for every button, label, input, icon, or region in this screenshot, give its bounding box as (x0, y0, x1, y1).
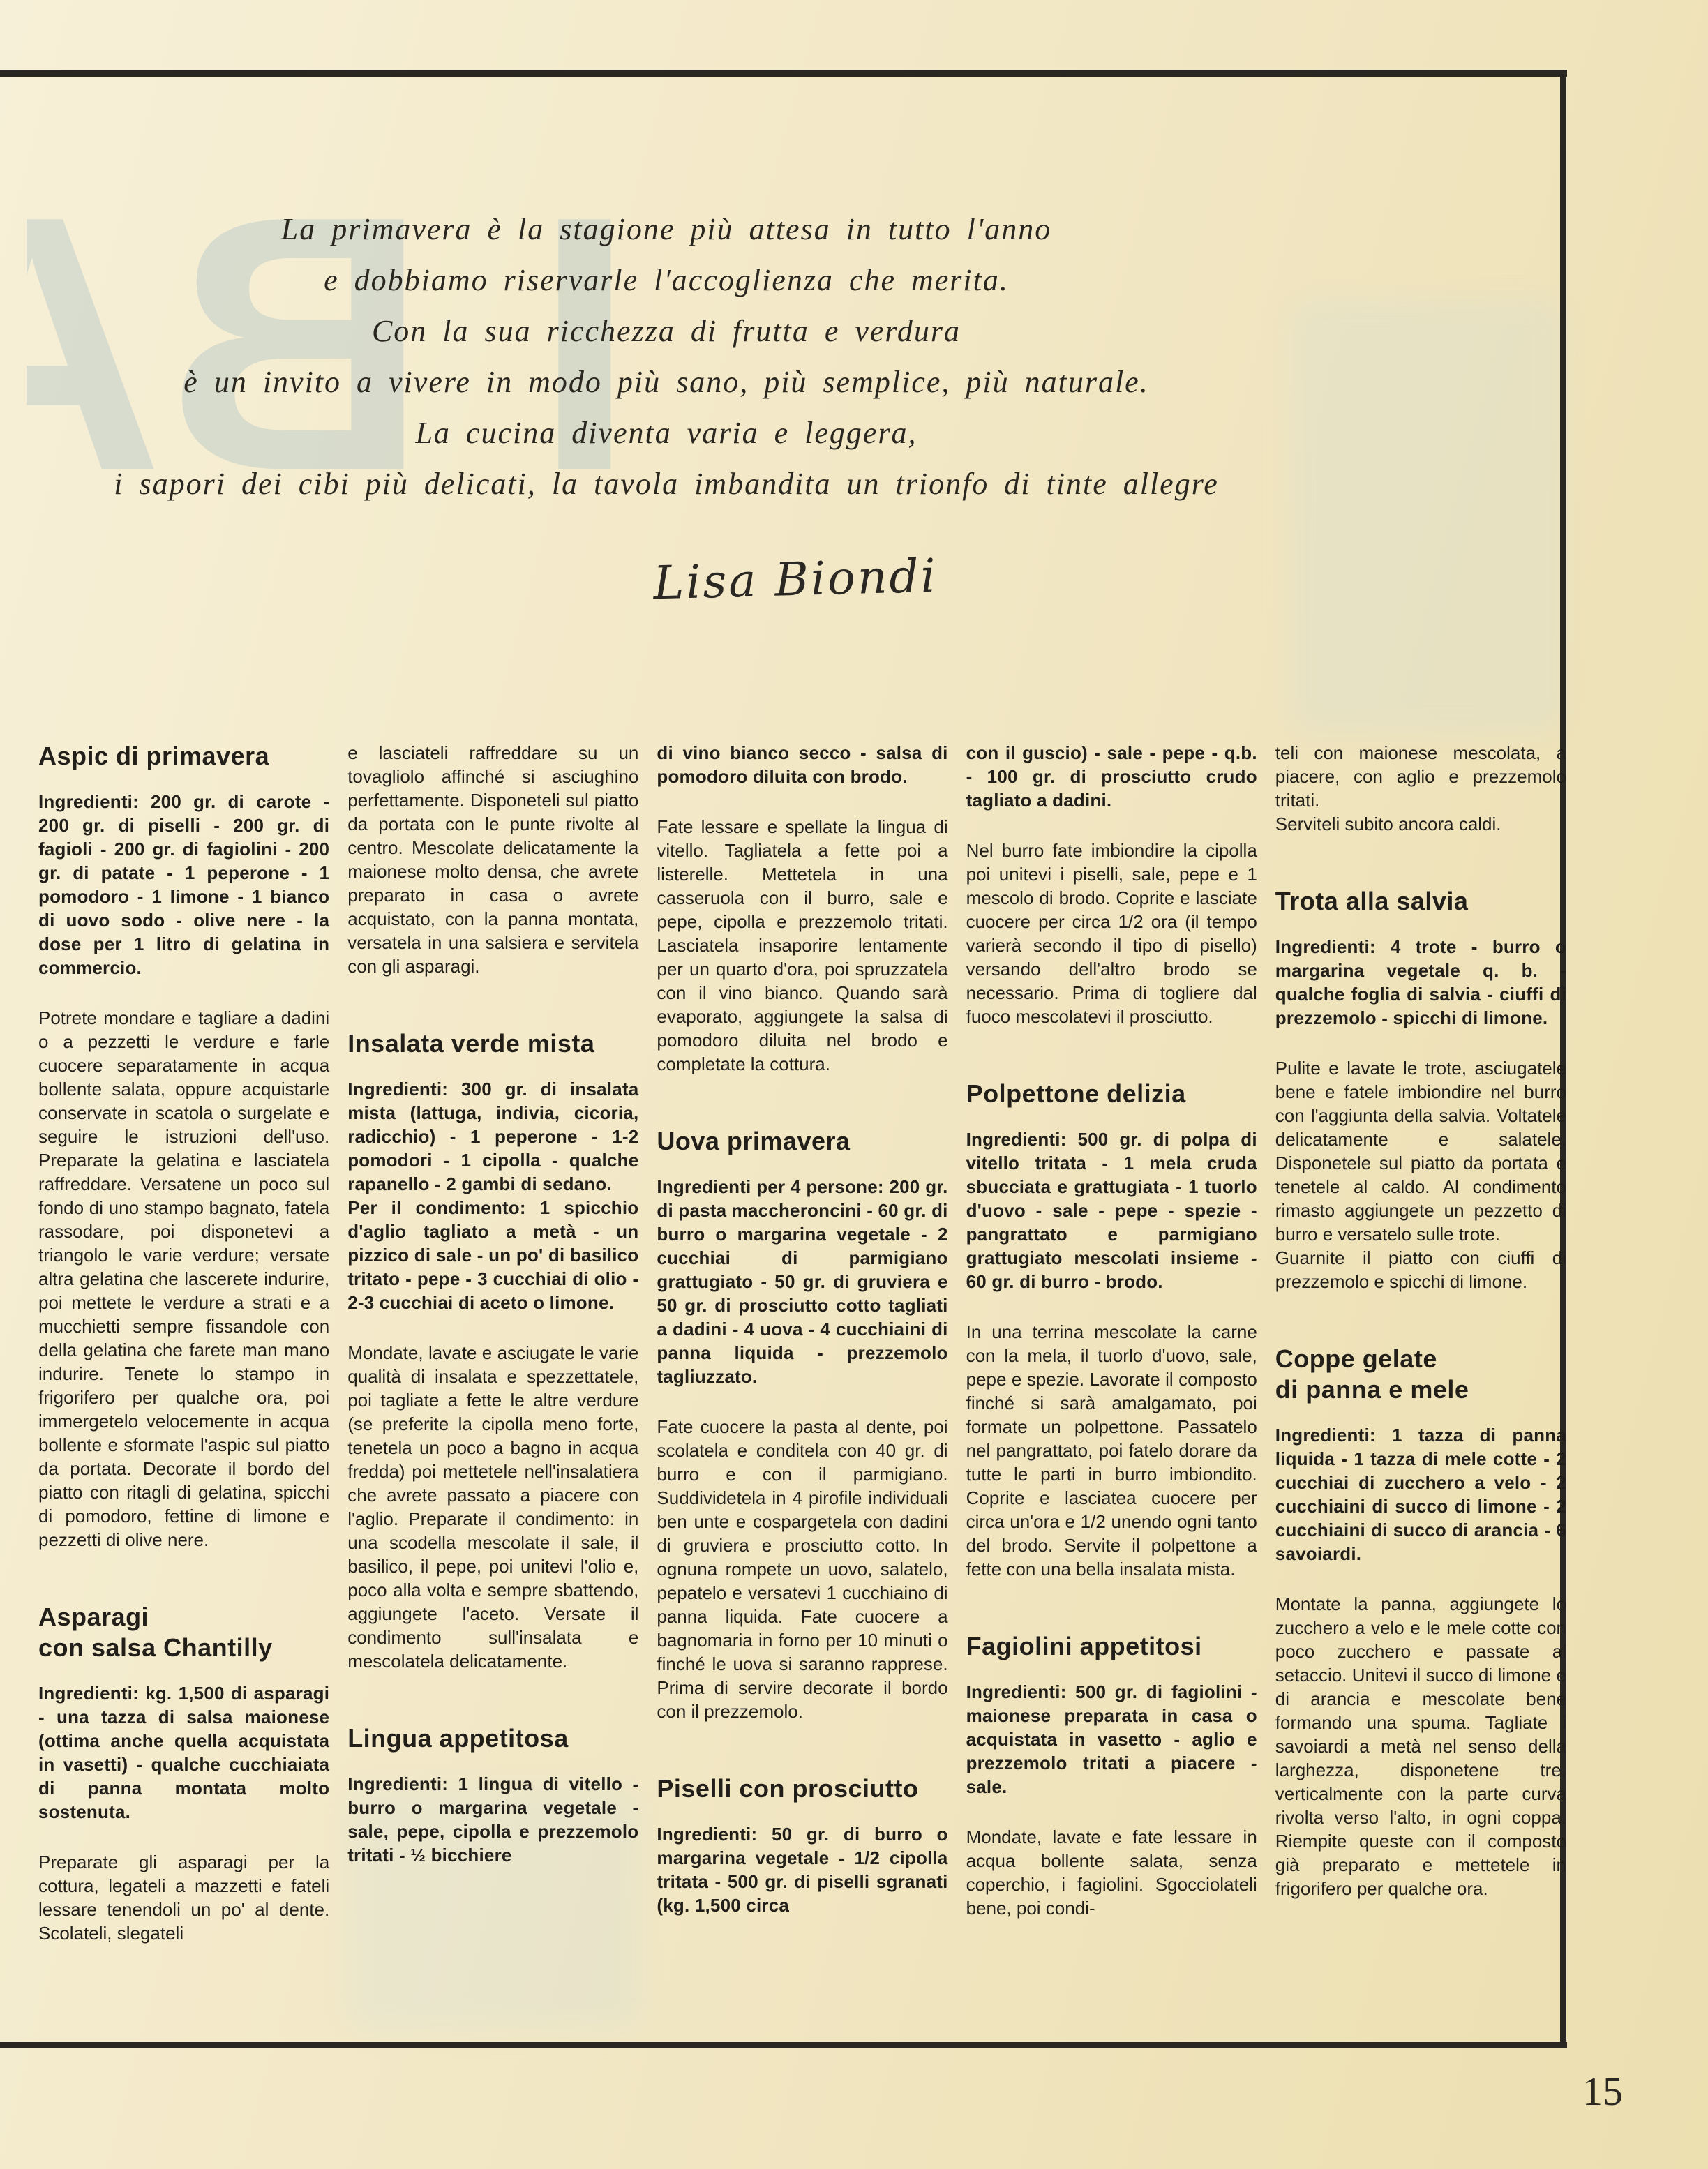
intro-line: La primavera è la stagione più attesa in… (0, 204, 1333, 255)
recipe-title-uova-primavera: Uova primavera (657, 1126, 947, 1157)
recipe-columns: Aspic di primavera Ingredienti: 200 gr. … (38, 741, 1566, 1945)
recipe-title-lingua-appetitosa: Lingua appetitosa (347, 1723, 638, 1754)
recipe-title-trota-alla-salvia: Trota alla salvia (1275, 886, 1566, 917)
recipe-title-asparagi-con-salsa-chantilly: Asparagi con salsa Chantilly (38, 1602, 329, 1663)
column-5: teli con maionese mescolata, a piacere, … (1275, 741, 1566, 1945)
ingredients-paragraph: Ingredienti: 500 gr. di fagiolini - maio… (966, 1680, 1257, 1799)
ingredients-paragraph: Ingredienti: 500 gr. di polpa di vitello… (966, 1127, 1257, 1293)
magazine-page: { "page": { "number": "15" }, "ghost_ble… (0, 0, 1708, 2169)
ingredients-paragraph: Ingredienti: 200 gr. di carote - 200 gr.… (38, 790, 329, 980)
recipe-title-fagiolini-appetitosi: Fagiolini appetitosi (966, 1631, 1257, 1662)
recipe-body: Montate la panna, aggiungete lo zucchero… (1275, 1592, 1566, 1900)
recipe-body: Preparate gli asparagi per la cottura, l… (38, 1850, 329, 1945)
recipe-title-piselli-con-prosciutto: Piselli con prosciutto (657, 1773, 947, 1804)
recipe-body: Nel burro fate imbiondire la cipolla poi… (966, 839, 1257, 1028)
page-number: 15 (1582, 2068, 1623, 2115)
intro-line: La cucina diventa varia e leggera, (0, 407, 1333, 458)
recipe-title-aspic-di-primavera: Aspic di primavera (38, 741, 329, 772)
intro-line: e dobbiamo riservarle l'accoglienza che … (0, 255, 1333, 306)
intro-line: è un invito a vivere in modo più sano, p… (0, 357, 1333, 407)
intro-poem: La primavera è la stagione più attesa in… (0, 204, 1333, 509)
ingredients-paragraph: Ingredienti: 1 lingua di vitello - burro… (347, 1772, 638, 1867)
intro-line: Con la sua ricchezza di frutta e verdura (0, 306, 1333, 357)
recipe-body: Pulite e lavate le trote, asciugatele be… (1275, 1056, 1566, 1293)
recipe-body: Mondate, lavate e fate lessare in acqua … (966, 1825, 1257, 1920)
bottom-rule (0, 2042, 1567, 2048)
column-2: e lasciateli raffreddare su un tovagliol… (347, 741, 638, 1945)
recipe-body: Mondate, lavate e asciugate le varie qua… (347, 1341, 638, 1673)
ingredients-continuation: di vino bianco secco - salsa di pomodoro… (657, 741, 947, 788)
column-3: di vino bianco secco - salsa di pomodoro… (657, 741, 947, 1945)
ingredients-continuation: con il guscio) - sale - pepe - q.b. - 10… (966, 741, 1257, 812)
recipe-body-continuation: e lasciateli raffreddare su un tovagliol… (347, 741, 638, 978)
recipe-body: In una terrina mescolate la carne con la… (966, 1320, 1257, 1581)
recipe-title-polpettone-delizia: Polpettone delizia (966, 1079, 1257, 1109)
column-1: Aspic di primavera Ingredienti: 200 gr. … (38, 741, 329, 1945)
recipe-body: Fate lessare e spellate la lingua di vit… (657, 815, 947, 1076)
ingredients-paragraph: Per il condimento: 1 spicchio d'aglio ta… (347, 1196, 638, 1314)
ingredients-paragraph: Ingredienti: 1 tazza di panna liquida - … (1275, 1423, 1566, 1566)
ingredients-paragraph: Ingredienti: 50 gr. di burro o margarina… (657, 1822, 947, 1917)
recipe-body-continuation: teli con maionese mescolata, a piacere, … (1275, 741, 1566, 836)
recipe-title-coppe-gelate-di-panna-e-mele: Coppe gelate di panna e mele (1275, 1344, 1566, 1405)
ingredients-paragraph: Ingredienti: 4 trote - burro o margarina… (1275, 935, 1566, 1030)
ingredients-paragraph: Ingredienti: 300 gr. di insalata mista (… (347, 1077, 638, 1196)
ingredients-paragraph: Ingredienti per 4 persone: 200 gr. di pa… (657, 1175, 947, 1388)
recipe-body: Potrete mondare e tagliare a dadini o a … (38, 1006, 329, 1552)
ingredients-paragraph: Ingredienti: kg. 1,500 di asparagi - una… (38, 1681, 329, 1824)
recipe-body: Fate cuocere la pasta al dente, poi scol… (657, 1415, 947, 1723)
top-rule (0, 70, 1567, 77)
column-4: con il guscio) - sale - pepe - q.b. - 10… (966, 741, 1257, 1945)
recipe-title-insalata-verde-mista: Insalata verde mista (347, 1028, 638, 1059)
intro-line: i sapori dei cibi più delicati, la tavol… (0, 458, 1333, 509)
